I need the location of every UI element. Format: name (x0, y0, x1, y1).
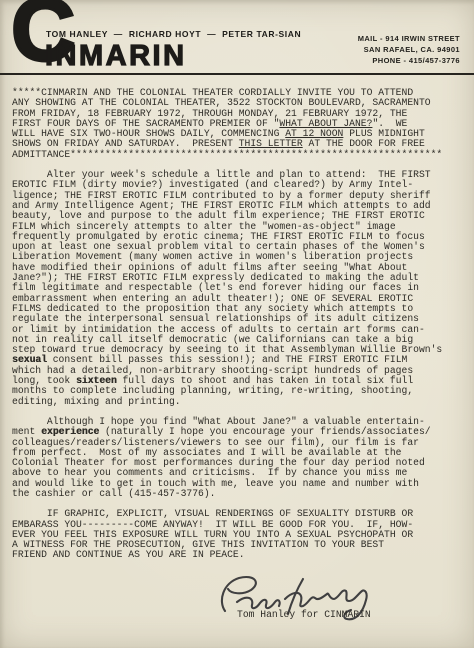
letter-line: editing, mixing and printing. (12, 397, 462, 407)
scanned-letter-page: C TOM HANLEY — RICHARD HOYT — PETER TAR-… (0, 0, 474, 648)
paragraph-4: IF GRAPHIC, EXPLICIT, VISUAL RENDERINGS … (12, 509, 462, 560)
paragraph-2: Alter your week's schedule a little and … (12, 170, 462, 407)
letter-line: FRIEND AND CONTINUE AS YOU ARE IN PEACE. (12, 550, 462, 560)
brand-name: INMARIN (45, 40, 187, 73)
letterhead: C TOM HANLEY — RICHARD HOYT — PETER TAR-… (0, 0, 474, 75)
address-line-phone: PHONE - 415/457-3776 (358, 55, 460, 66)
typed-signature: Tom Hanley for CINMARIN (237, 609, 425, 620)
address-line-city: SAN RAFAEL, CA. 94901 (358, 44, 460, 55)
paragraph-3: Although I hope you find "What About Jan… (12, 417, 462, 499)
address-line-mail: MAIL - 914 IRWIN STREET (358, 33, 460, 44)
signature-block: Tom Hanley for CINMARIN (215, 571, 425, 620)
letter-line: regulate the interpersonal sensual relat… (12, 314, 462, 324)
letter-line: the cashier or call (415-457-3776). (12, 489, 462, 499)
paragraph-1: *****CINMARIN AND THE COLONIAL THEATER C… (12, 88, 462, 160)
letter-body: *****CINMARIN AND THE COLONIAL THEATER C… (12, 88, 462, 561)
letter-line: ment experience (naturally I hope you en… (12, 427, 462, 437)
letter-line: ADMITTANCE******************************… (12, 150, 462, 160)
partner-names: TOM HANLEY — RICHARD HOYT — PETER TAR-SI… (46, 29, 301, 39)
address-block: MAIL - 914 IRWIN STREET SAN RAFAEL, CA. … (358, 33, 460, 66)
